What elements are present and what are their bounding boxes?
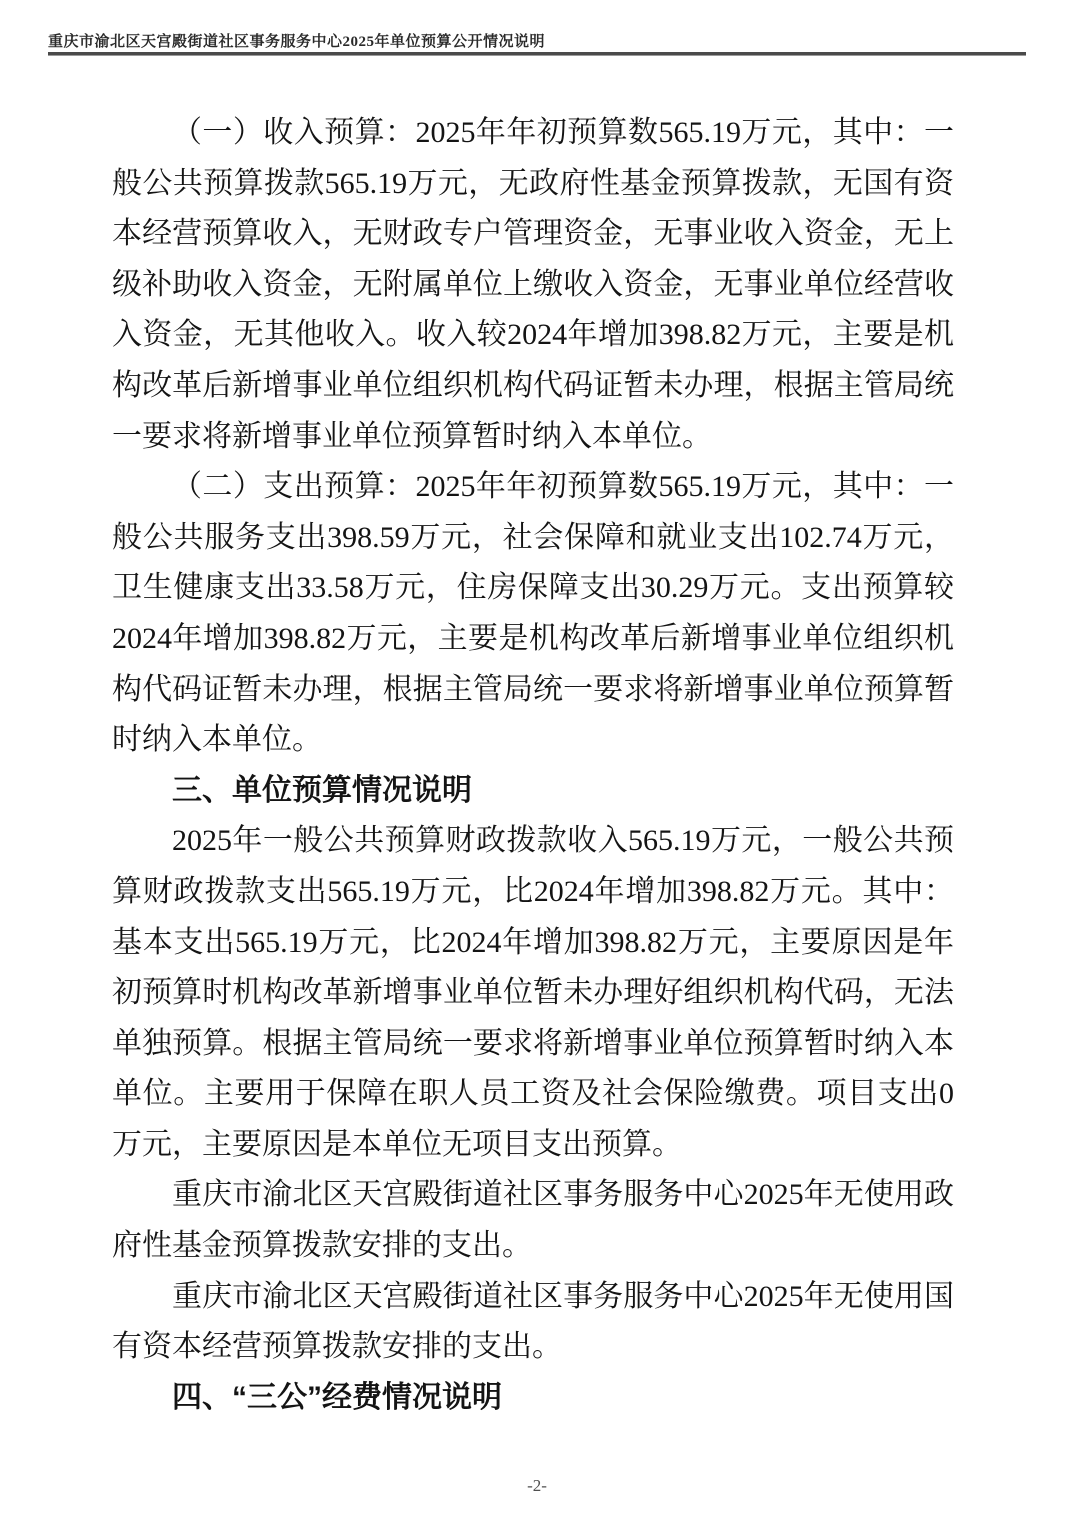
page-number: -2- bbox=[0, 1476, 1074, 1496]
document-content: （一）收入预算：2025年年初预算数565.19万元，其中：一般公共预算拨款56… bbox=[112, 108, 954, 1423]
header-divider-line bbox=[48, 52, 1026, 56]
paragraph: （二）支出预算：2025年年初预算数565.19万元，其中：一般公共服务支出39… bbox=[112, 462, 954, 766]
paragraph: 重庆市渝北区天宫殿街道社区事务服务中心2025年无使用国有资本经营预算拨款安排的… bbox=[112, 1272, 954, 1373]
paragraph: 2025年一般公共预算财政拨款收入565.19万元，一般公共预算财政拨款支出56… bbox=[112, 816, 954, 1170]
paragraph: （一）收入预算：2025年年初预算数565.19万元，其中：一般公共预算拨款56… bbox=[112, 108, 954, 462]
page-header-title: 重庆市渝北区天宫殿街道社区事务服务中心2025年单位预算公开情况说明 bbox=[48, 30, 1026, 51]
paragraph: 重庆市渝北区天宫殿街道社区事务服务中心2025年无使用政府性基金预算拨款安排的支… bbox=[112, 1170, 954, 1271]
section-heading: 三、单位预算情况说明 bbox=[112, 766, 954, 817]
section-heading: 四、“三公”经费情况说明 bbox=[112, 1373, 954, 1424]
document-page: 重庆市渝北区天宫殿街道社区事务服务中心2025年单位预算公开情况说明 （一）收入… bbox=[0, 0, 1074, 1520]
